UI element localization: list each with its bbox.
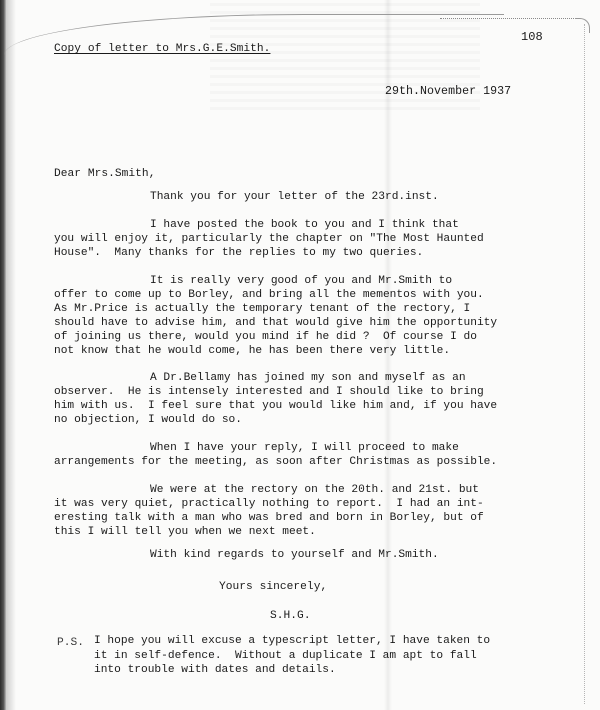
paragraph-line: offer to come up to Borley, and bring al… xyxy=(54,288,497,302)
paragraph-line: House". Many thanks for the replies to m… xyxy=(54,246,484,260)
paragraph-5: When I have your reply, I will proceed t… xyxy=(54,441,497,469)
paragraph-line: arrangements for the meeting, as soon af… xyxy=(54,455,497,469)
signature: S.H.G. xyxy=(270,609,311,623)
letter-date: 29th.November 1937 xyxy=(385,85,511,99)
paragraph-line: When I have your reply, I will proceed t… xyxy=(54,441,497,455)
paragraph-line: A Dr.Bellamy has joined my son and mysel… xyxy=(54,371,497,385)
paragraph-4: A Dr.Bellamy has joined my son and mysel… xyxy=(54,371,497,427)
paragraph-line: of joining us there, would you mind if h… xyxy=(54,330,497,344)
postscript-body: I hope you will excuse a typescript lett… xyxy=(94,634,490,678)
paragraph-3: It is really very good of you and Mr.Smi… xyxy=(54,274,497,358)
paragraph-7: With kind regards to yourself and Mr.Smi… xyxy=(54,548,439,562)
paragraph-2: I have posted the book to you and I thin… xyxy=(54,218,484,260)
postscript-line: into trouble with dates and details. xyxy=(94,663,490,678)
scanned-letter-page: Copy of letter to Mrs.G.E.Smith. 108 29t… xyxy=(0,0,600,710)
scan-shadow xyxy=(6,0,16,710)
paragraph-line: it was very quiet, practically nothing t… xyxy=(54,497,484,511)
paragraph-line: It is really very good of you and Mr.Smi… xyxy=(54,274,497,288)
postscript-line: it in self-defence. Without a duplicate … xyxy=(94,649,490,664)
paragraph-line: As Mr.Price is actually the temporary te… xyxy=(54,302,497,316)
page-number: 108 xyxy=(521,30,543,44)
postscript-line: I hope you will excuse a typescript lett… xyxy=(94,634,490,649)
paragraph-line: Thank you for your letter of the 23rd.in… xyxy=(54,190,439,204)
paragraph-line: We were at the rectory on the 20th. and … xyxy=(54,483,484,497)
postscript-label: P.S. xyxy=(57,636,84,650)
paragraph-line: not know that he would come, he has been… xyxy=(54,344,497,358)
paragraph-line: observer. He is intensely interested and… xyxy=(54,385,497,399)
page-right-edge xyxy=(584,24,586,704)
salutation: Dear Mrs.Smith, xyxy=(54,167,155,181)
page-corner xyxy=(575,18,590,33)
letter-heading: Copy of letter to Mrs.G.E.Smith. xyxy=(54,42,270,56)
paragraph-line: no objection, I would do so. xyxy=(54,413,497,427)
paragraph-line: should have to advise him, and that woul… xyxy=(54,316,497,330)
paragraph-line: I have posted the book to you and I thin… xyxy=(54,218,484,232)
paragraph-line: With kind regards to yourself and Mr.Smi… xyxy=(54,548,439,562)
closing: Yours sincerely, xyxy=(219,580,327,594)
paragraph-line: eresting talk with a man who was bred an… xyxy=(54,511,484,525)
paragraph-line: this I will tell you when we next meet. xyxy=(54,525,484,539)
paragraph-line: you will enjoy it, particularly the chap… xyxy=(54,232,484,246)
paragraph-6: We were at the rectory on the 20th. and … xyxy=(54,483,484,539)
paragraph-line: him with us. I feel sure that you would … xyxy=(54,399,497,413)
paragraph-1: Thank you for your letter of the 23rd.in… xyxy=(54,190,439,204)
page-top-edge-dotted xyxy=(440,18,580,21)
